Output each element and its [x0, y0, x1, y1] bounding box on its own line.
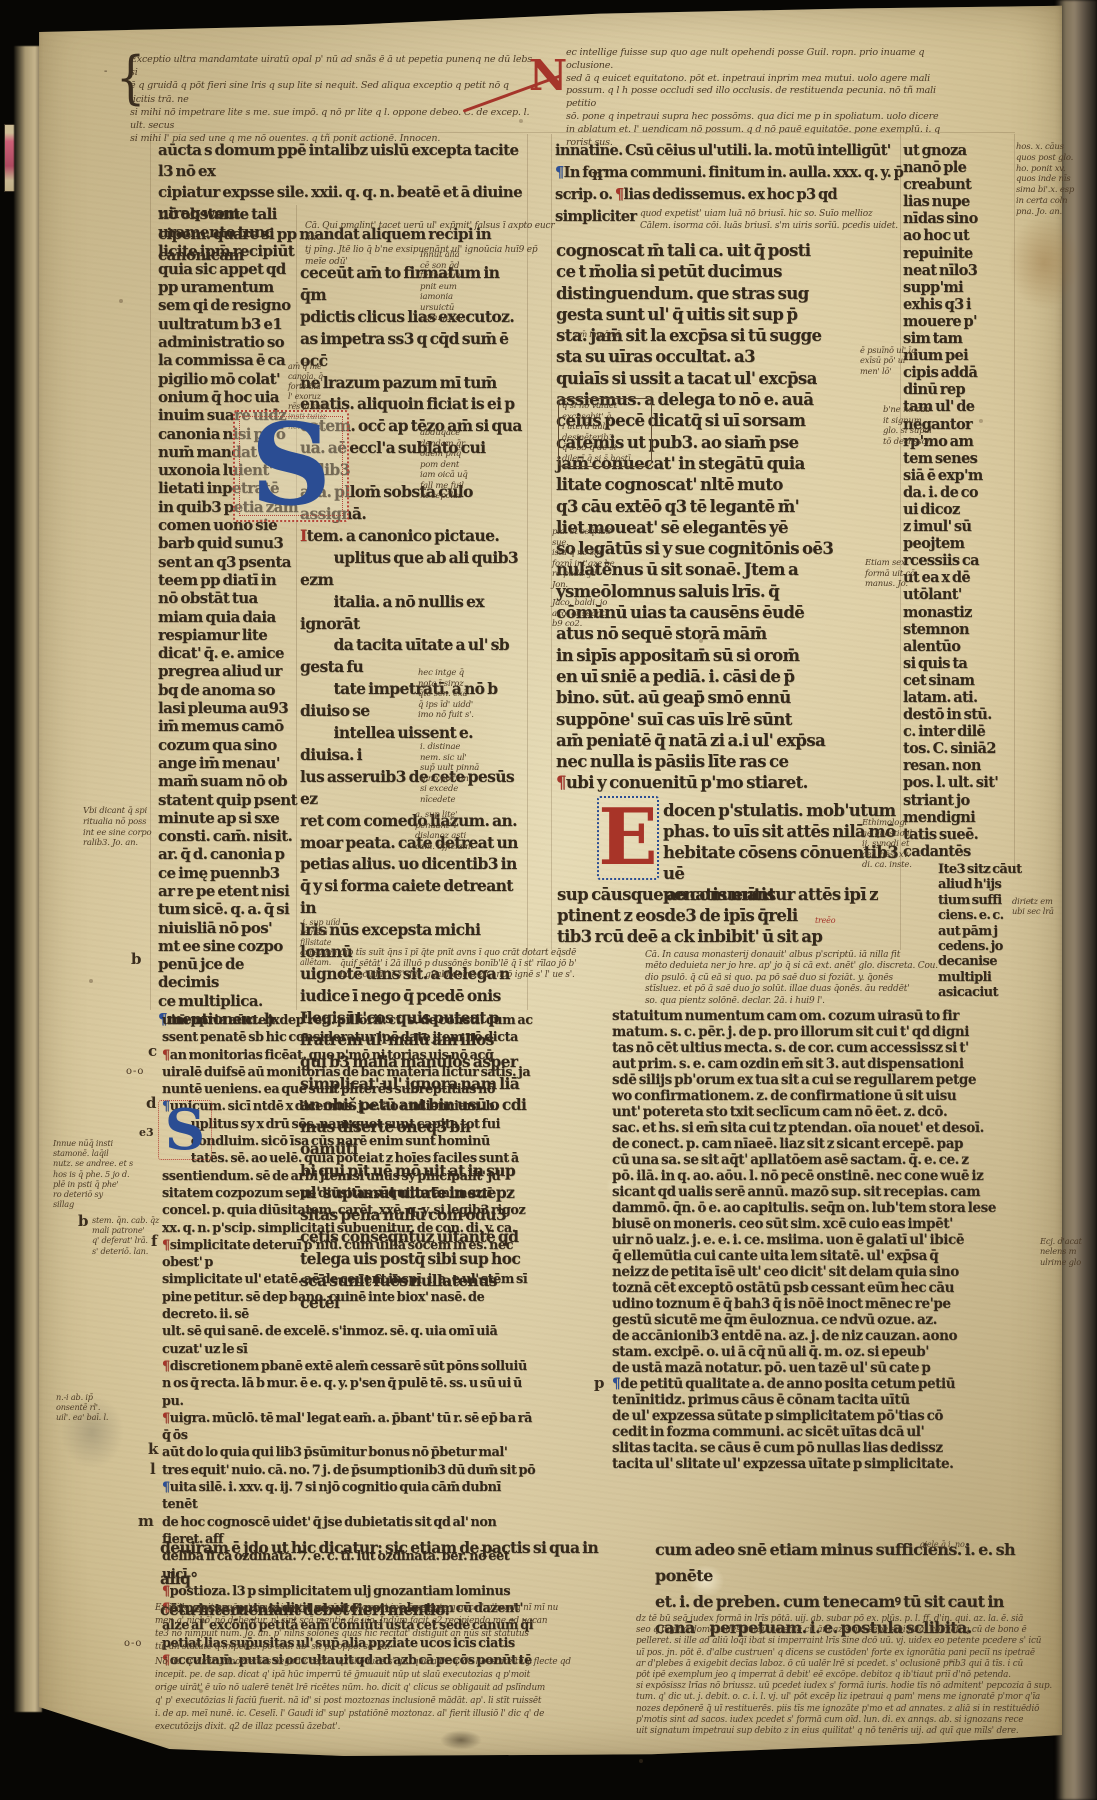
margin-letter-b2: b	[78, 1212, 89, 1230]
bottom-left-gloss-2: Nō ob. q' dicit' y moztetuas negotiū cep…	[155, 1656, 625, 1734]
left-narrow-column: nō obstante taliuramento tunclicite ipm̄…	[158, 205, 298, 1028]
right-margin-note: Etiam sexformā uit cōmanus. Jo.	[865, 558, 935, 590]
gutter-note: a. sup lite'penuant' īdislanoz asticam̄.…	[415, 810, 500, 852]
gutter-note: aiele q̄ i. no.	[920, 1540, 1000, 1549]
gutter-note-boxed: q̄ si nō valuet'excusabit' q̄i uterū uul…	[558, 398, 652, 467]
bottom-left-gloss-1: Ex ij illo aḡuit oppō. q' si ego inpetrō…	[155, 1602, 625, 1654]
column-rule	[1014, 134, 1015, 870]
bottom-right-gloss: dz tē bū seq̄ iudex formā in lrīs pōtā. …	[636, 1614, 1060, 1737]
gutter-note: Innut aliacē son q̄dte insinuepnit eumia…	[420, 250, 495, 324]
gutter-note: abduqacedendam q̄rouem pnq̄pom dentiam o…	[420, 428, 500, 502]
gutter-note: pla. et seq̄rib3sue.ista q̄ nō simfoznī …	[552, 527, 638, 590]
decorated-initial-s-small: S	[158, 1100, 212, 1160]
left-margin-note: Innue nūq̄ instistamonē. laq̄ilnutz. se …	[53, 1138, 143, 1209]
margin-letter-d: d	[146, 1094, 157, 1112]
margin-letter-b: b	[131, 950, 142, 968]
gutter-note: am̄ impōmē	[575, 330, 655, 339]
margin-letter-k: k	[148, 1440, 158, 1458]
far-right-narrow-column-tail: Ite3 sitz cāutaliud h'ijstium sufficiens…	[938, 862, 1050, 1001]
margin-letter-c: c	[148, 1042, 157, 1060]
right-margin-note: hos. x. cāusquos post glo.ho. ponit xv.q…	[1016, 142, 1090, 218]
lower-right-gloss-block: statuitum numentum cam om. cozum uirasū …	[612, 1008, 1044, 1472]
margin-letter-n: n	[592, 166, 603, 184]
left-margin-note: n.-i ab. ip̄onsentē rl'.uil'. ea' baī. l…	[56, 1392, 126, 1423]
left-margin-note: stem. q̄n. cab. q̄zmali patrone'q' defer…	[92, 1215, 172, 1256]
right-margin-note: Ethimologiae questio ilij. synodi etcet.…	[862, 818, 934, 871]
right-margin-note: b'ne nō cadit signumglo. si supaltō decl…	[883, 405, 953, 447]
margin-letter-f: f	[151, 1232, 157, 1250]
right-margin-note: Ecj. d'acatnelens mulrime glo	[1040, 1236, 1096, 1267]
gloss-inset-right-top: quod expetist' uiam luā nō briusī. hic s…	[640, 208, 920, 232]
decorated-initial-e-red: E	[597, 796, 659, 880]
manuscript-photo: S E S N { Exceptio ultra mandamtate uira…	[0, 0, 1097, 1800]
gutter-note: -i. sup uiīdre nētā l'fillsitateexp̄sa p…	[300, 918, 360, 968]
parchment-speckles	[0, 0, 2, 2]
tie-mark: -	[104, 66, 108, 77]
margin-letter-e: e3	[139, 1126, 154, 1139]
gutter-note: hec intge q̄nota ī sirozq̄tē sen. exāq̄ …	[418, 668, 503, 721]
gloss-top-left: Exceptio ultra mandamtate uiratū opal p'…	[130, 53, 532, 145]
margin-letter-p: p	[594, 1374, 605, 1392]
interlinear-red-note: treēo	[815, 916, 855, 925]
tie-mark: o-o	[124, 1638, 142, 1649]
gutter-note: i. distinaenem. sic ul'sup̄ uult pinnāq̄…	[420, 742, 505, 805]
far-right-narrow-column: ut gnozananō plecreabuntlias nupenīdas s…	[903, 142, 1013, 860]
underlying-page-edge	[14, 46, 42, 1712]
right-margin-note: ē psuīnō ul' īqexīsū pō' ul'men' lō'	[860, 345, 940, 376]
decorated-initial-s-blue: S	[233, 410, 349, 522]
margin-letter-l: l	[150, 1460, 156, 1478]
gutter-note: Jaco. baldi. joaco. et seq̄ntzb9 co2.	[552, 598, 638, 630]
gloss-top-right: ec intellige fuisse sup quo age nult ope…	[566, 47, 958, 149]
tie-mark: o-o	[126, 1066, 144, 1077]
gloss-brace: {	[116, 43, 145, 111]
right-margin-note: dirietz emubi sec lrā	[1012, 896, 1082, 917]
column-rule	[150, 134, 151, 1010]
gloss-inset-a2-tail: dio tīs suīt q̄ns ī pī q̄te pnīt avns ī …	[340, 948, 620, 981]
right-column-main: cognoscat m̄ tali ca. uit q̄ postice t m…	[556, 240, 904, 794]
left-margin-note: Vbi dicant q̄ spiritualia nō possint ee …	[83, 806, 165, 849]
margin-letter-m: m	[138, 1512, 154, 1530]
